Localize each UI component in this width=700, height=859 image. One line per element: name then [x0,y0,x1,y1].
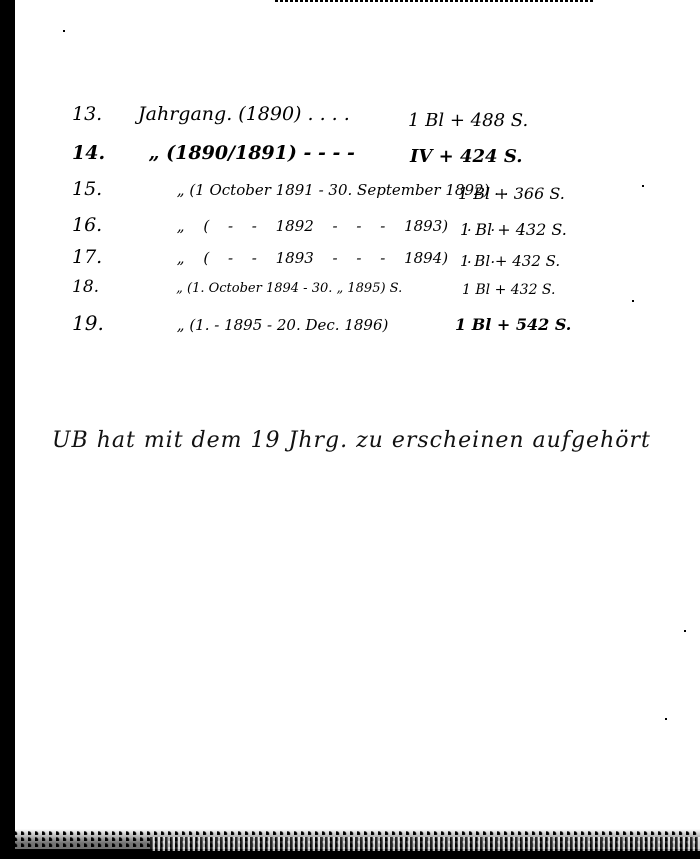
entry-row: 13. Jahrgang. (1890) . . . . [72,103,350,125]
entry-extent: 1 Bl + 432 S. [460,252,560,270]
entry-extent: IV + 424 S. [410,146,522,167]
entry-description: Jahrgang. (1890) . . . . [138,103,350,125]
entry-number: 19. [72,311,132,335]
entry-extent: 1 Bl + 542 S. [455,315,571,334]
entry-extent: 1 Bl + 488 S. [408,110,528,131]
entry-row: 19. „ (1. - 1895 - 20. Dec. 1896) [72,311,388,335]
entry-description: „ (1890/1891) - - - - [139,142,355,164]
entry-number: 17. [72,246,132,268]
entry-row: 17. „ ( - - 1893 - - - 1894) . . [72,246,495,268]
scan-bottom-edge [0,829,700,859]
scan-top-edge [275,0,595,2]
entry-number: 14. [72,142,132,164]
handwritten-note: UB hat mit dem 19 Jhrg. zu erscheinen au… [52,428,651,453]
entry-row: 14. „ (1890/1891) - - - - [72,142,355,164]
entry-description: „ (1. October 1894 - 30. „ 1895) S. [136,281,402,296]
entry-number: 16. [72,214,132,236]
entry-extent: 1 Bl + 366 S. [458,184,565,203]
entry-row: 15. „ (1 October 1891 - 30. September 18… [72,178,508,200]
entry-description: „ ( - - 1893 - - - 1894) . . [137,249,495,267]
scan-speck [63,30,65,32]
scan-speck [632,300,634,302]
scan-speck [665,718,667,720]
entry-description: „ ( - - 1892 - - - 1893) . . [137,217,495,235]
entry-number: 13. [72,103,132,125]
scan-left-edge [0,0,15,859]
entry-description: „ (1. - 1895 - 20. Dec. 1896) [137,316,389,334]
entry-number: 18. [72,277,132,297]
scan-speck [642,185,644,187]
entry-row: 16. „ ( - - 1892 - - - 1893) . . [72,214,495,236]
scan-speck [684,630,686,632]
entry-extent: 1 Bl + 432 S. [462,282,555,298]
entry-row: 18. „ (1. October 1894 - 30. „ 1895) S. [72,277,402,297]
entry-extent: 1 Bl + 432 S. [460,220,567,239]
entry-description: „ (1 October 1891 - 30. September 1892) … [137,181,509,199]
entry-number: 15. [72,178,132,200]
